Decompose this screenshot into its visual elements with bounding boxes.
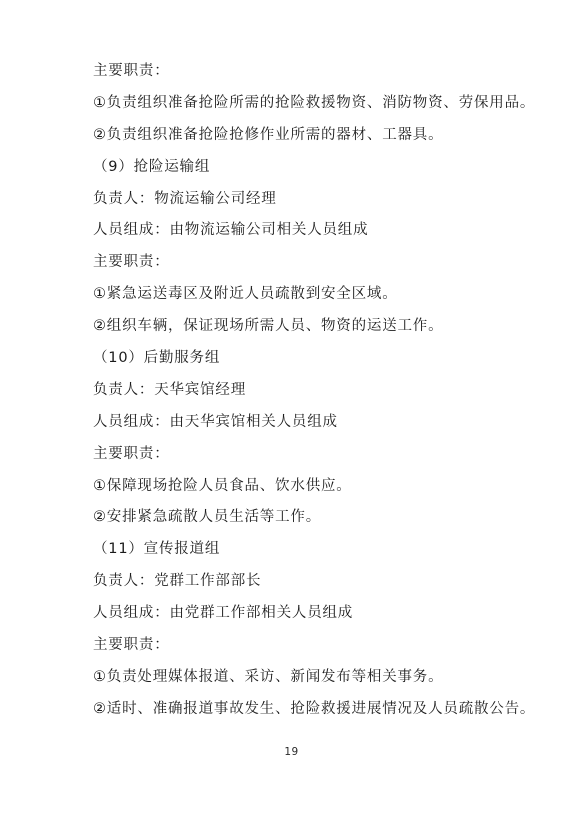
document-content: 主要职责： ①负责组织准备抢险所需的抢险救援物资、消防物资、劳保用品。 ②负责组… xyxy=(93,56,548,726)
list-item: ②组织车辆，保证现场所需人员、物资的运送工作。 xyxy=(93,311,548,343)
section-heading: （10）后勤服务组 xyxy=(93,343,548,375)
list-item: ①保障现场抢险人员食品、饮水供应。 xyxy=(93,471,548,503)
field-line-leader: 负责人：党群工作部部长 xyxy=(93,566,548,598)
field-line-members: 人员组成：由物流运输公司相关人员组成 xyxy=(93,215,548,247)
section-label: 主要职责： xyxy=(93,56,548,88)
list-item: ①负责组织准备抢险所需的抢险救援物资、消防物资、劳保用品。 xyxy=(93,88,548,120)
field-line-members: 人员组成：由天华宾馆相关人员组成 xyxy=(93,407,548,439)
list-item: ①紧急运送毒区及附近人员疏散到安全区域。 xyxy=(93,279,548,311)
field-line-members: 人员组成：由党群工作部相关人员组成 xyxy=(93,598,548,630)
field-line-leader: 负责人：天华宾馆经理 xyxy=(93,375,548,407)
list-item: ②适时、准确报道事故发生、抢险救援进展情况及人员疏散公告。 xyxy=(93,694,548,726)
list-item: ①负责处理媒体报道、采访、新闻发布等相关事务。 xyxy=(93,662,548,694)
page-number: 19 xyxy=(0,746,583,758)
section-label: 主要职责： xyxy=(93,247,548,279)
section-heading: （11）宣传报道组 xyxy=(93,534,548,566)
list-item: ②安排紧急疏散人员生活等工作。 xyxy=(93,502,548,534)
section-label: 主要职责： xyxy=(93,439,548,471)
field-line-leader: 负责人：物流运输公司经理 xyxy=(93,184,548,216)
list-item: ②负责组织准备抢险抢修作业所需的器材、工器具。 xyxy=(93,120,548,152)
document-page: 主要职责： ①负责组织准备抢险所需的抢险救援物资、消防物资、劳保用品。 ②负责组… xyxy=(0,0,583,819)
section-label: 主要职责： xyxy=(93,630,548,662)
section-heading: （9）抢险运输组 xyxy=(93,152,548,184)
